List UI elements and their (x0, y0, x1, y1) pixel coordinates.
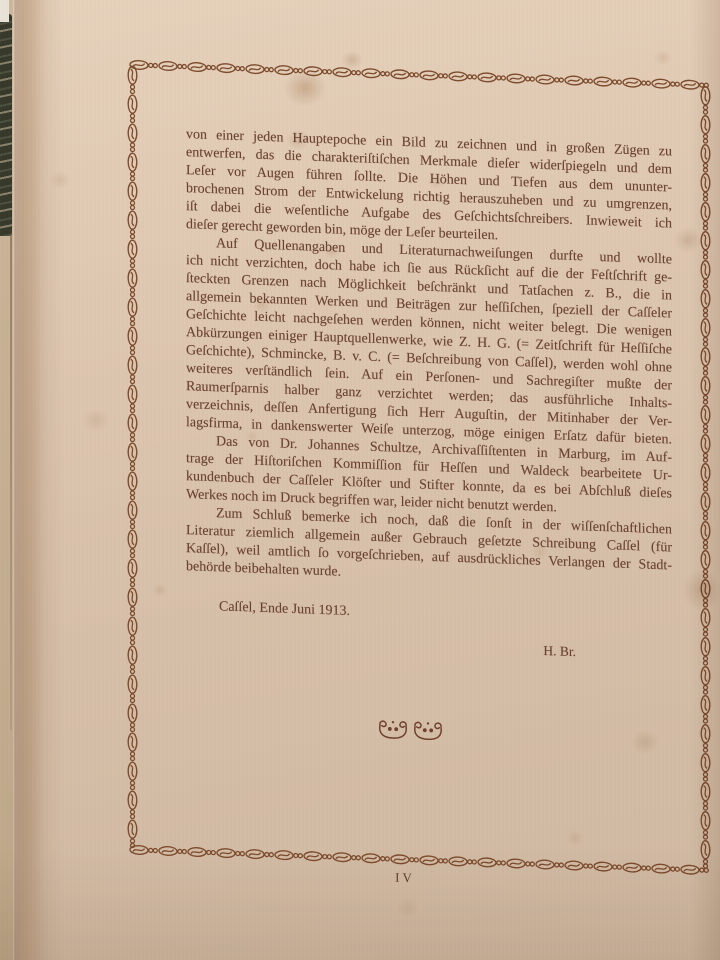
divider-ornament (376, 718, 445, 742)
dateline: Caſſel, Ende Juni 1913. (186, 597, 672, 632)
ornamental-border-left (126, 64, 139, 850)
body-text: von einer jeden Hauptepoche ein Bild zu … (186, 126, 672, 664)
author-initials: H. Br. (186, 629, 672, 664)
page-frame: von einer jeden Hauptepoche ein Bild zu … (126, 56, 712, 877)
ornamental-border-top (128, 58, 710, 92)
paragraph-1: von einer jeden Hauptepoche ein Bild zu … (186, 126, 672, 251)
page-fold-line (10, 230, 12, 730)
adjacent-page-ornament-edge (0, 14, 12, 236)
paragraph-2: Auf Quellenangaben und Literaturnachweiſ… (186, 234, 672, 449)
page-edge-highlight (0, 0, 9, 22)
ornamental-border-right (699, 85, 712, 871)
book-page-photo: von einer jeden Hauptepoche ein Bild zu … (0, 0, 720, 960)
